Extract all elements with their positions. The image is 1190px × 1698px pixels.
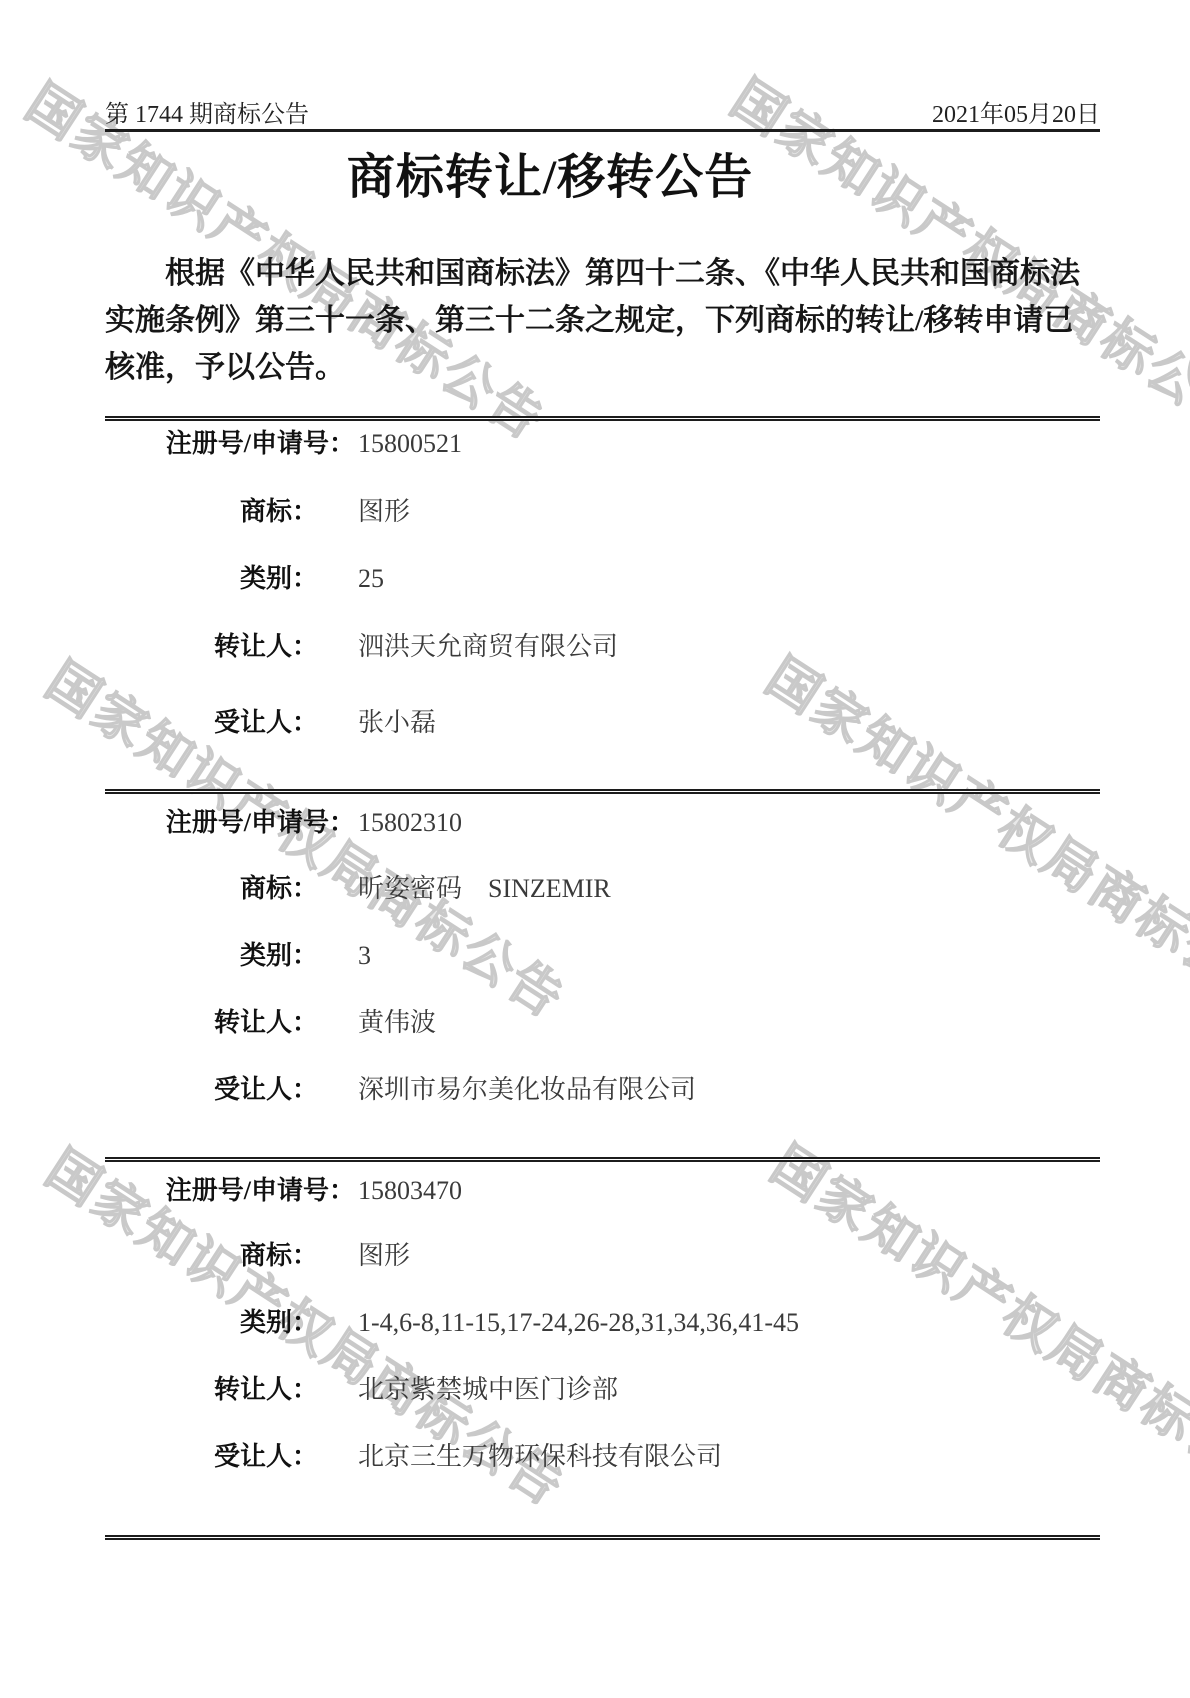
document-content: 第 1744 期商标公告 2021年05月20日 商标转让/移转公告 根据《中华… <box>0 0 1190 1698</box>
intro-paragraph: 根据《中华人民共和国商标法》第四十二条、《中华人民共和国商标法 实施条例》第三十… <box>105 250 1105 391</box>
field-row-reg-no: 注册号/申请号： 15803470 <box>105 1176 1105 1206</box>
field-value: 昕姿密码 SINZEMIR <box>358 874 611 904</box>
field-row-assignee: 受让人： 张小磊 <box>105 708 1105 738</box>
header-issue-number: 第 1744 期商标公告 <box>105 94 309 129</box>
intro-line: 根据《中华人民共和国商标法》第四十二条、《中华人民共和国商标法 <box>105 250 1105 297</box>
field-row-class: 类别： 1-4,6-8,11-15,17-24,26-28,31,34,36,4… <box>105 1308 1105 1338</box>
field-label: 类别： <box>105 1308 355 1338</box>
field-label: 转让人： <box>105 632 355 662</box>
field-row-assignor: 转让人： 黄伟波 <box>105 1008 1105 1038</box>
field-label: 商标： <box>105 497 355 527</box>
record-divider <box>105 1157 1100 1162</box>
field-row-reg-no: 注册号/申请号： 15800521 <box>105 429 1105 459</box>
intro-line: 核准，予以公告。 <box>105 344 1105 391</box>
field-label: 类别： <box>105 564 355 594</box>
record-divider <box>105 416 1100 421</box>
field-row-assignee: 受让人： 深圳市易尔美化妆品有限公司 <box>105 1075 1105 1105</box>
section-end-rule <box>105 1535 1100 1540</box>
field-label: 类别： <box>105 941 355 971</box>
field-row-trademark: 商标： 图形 <box>105 1241 1105 1271</box>
field-label: 转让人： <box>105 1008 355 1038</box>
field-label: 注册号/申请号： <box>105 1176 355 1206</box>
field-value: 张小磊 <box>358 708 436 738</box>
field-row-assignee: 受让人： 北京三生万物环保科技有限公司 <box>105 1442 1105 1472</box>
field-label: 受让人： <box>105 1075 355 1105</box>
field-label: 转让人： <box>105 1375 355 1405</box>
page-title: 商标转让/移转公告 <box>0 150 1100 206</box>
field-row-assignor: 转让人： 北京紫禁城中医门诊部 <box>105 1375 1105 1405</box>
field-value: 15802310 <box>358 808 462 838</box>
gazette-page: 国家知识产权局商标公告 国家知识产权局商标公告 国家知识产权局商标公告 国家知识… <box>0 0 1190 1698</box>
field-row-trademark: 商标： 昕姿密码 SINZEMIR <box>105 874 1105 904</box>
field-value: 黄伟波 <box>358 1008 436 1038</box>
field-row-class: 类别： 25 <box>105 564 1105 594</box>
field-row-class: 类别： 3 <box>105 941 1105 971</box>
field-value: 北京三生万物环保科技有限公司 <box>358 1442 722 1472</box>
field-value: 1-4,6-8,11-15,17-24,26-28,31,34,36,41-45 <box>358 1308 799 1338</box>
field-value: 图形 <box>358 497 410 527</box>
field-row-reg-no: 注册号/申请号： 15802310 <box>105 808 1105 838</box>
field-value: 泗洪天允商贸有限公司 <box>358 632 618 662</box>
field-value: 15800521 <box>358 429 462 459</box>
field-row-assignor: 转让人： 泗洪天允商贸有限公司 <box>105 632 1105 662</box>
field-label: 受让人： <box>105 708 355 738</box>
field-value: 图形 <box>358 1241 410 1271</box>
field-label: 商标： <box>105 874 355 904</box>
field-value: 25 <box>358 564 384 594</box>
field-value: 3 <box>358 941 371 971</box>
intro-line: 实施条例》第三十一条、第三十二条之规定，下列商标的转让/移转申请已 <box>105 297 1105 344</box>
field-value: 深圳市易尔美化妆品有限公司 <box>358 1075 696 1105</box>
field-value: 15803470 <box>358 1176 462 1206</box>
field-label: 注册号/申请号： <box>105 429 355 459</box>
field-label: 注册号/申请号： <box>105 808 355 838</box>
header-date: 2021年05月20日 <box>932 94 1100 129</box>
field-row-trademark: 商标： 图形 <box>105 497 1105 527</box>
field-label: 受让人： <box>105 1442 355 1472</box>
header-rule <box>105 129 1100 132</box>
field-label: 商标： <box>105 1241 355 1271</box>
field-value: 北京紫禁城中医门诊部 <box>358 1375 618 1405</box>
record-divider <box>105 789 1100 794</box>
